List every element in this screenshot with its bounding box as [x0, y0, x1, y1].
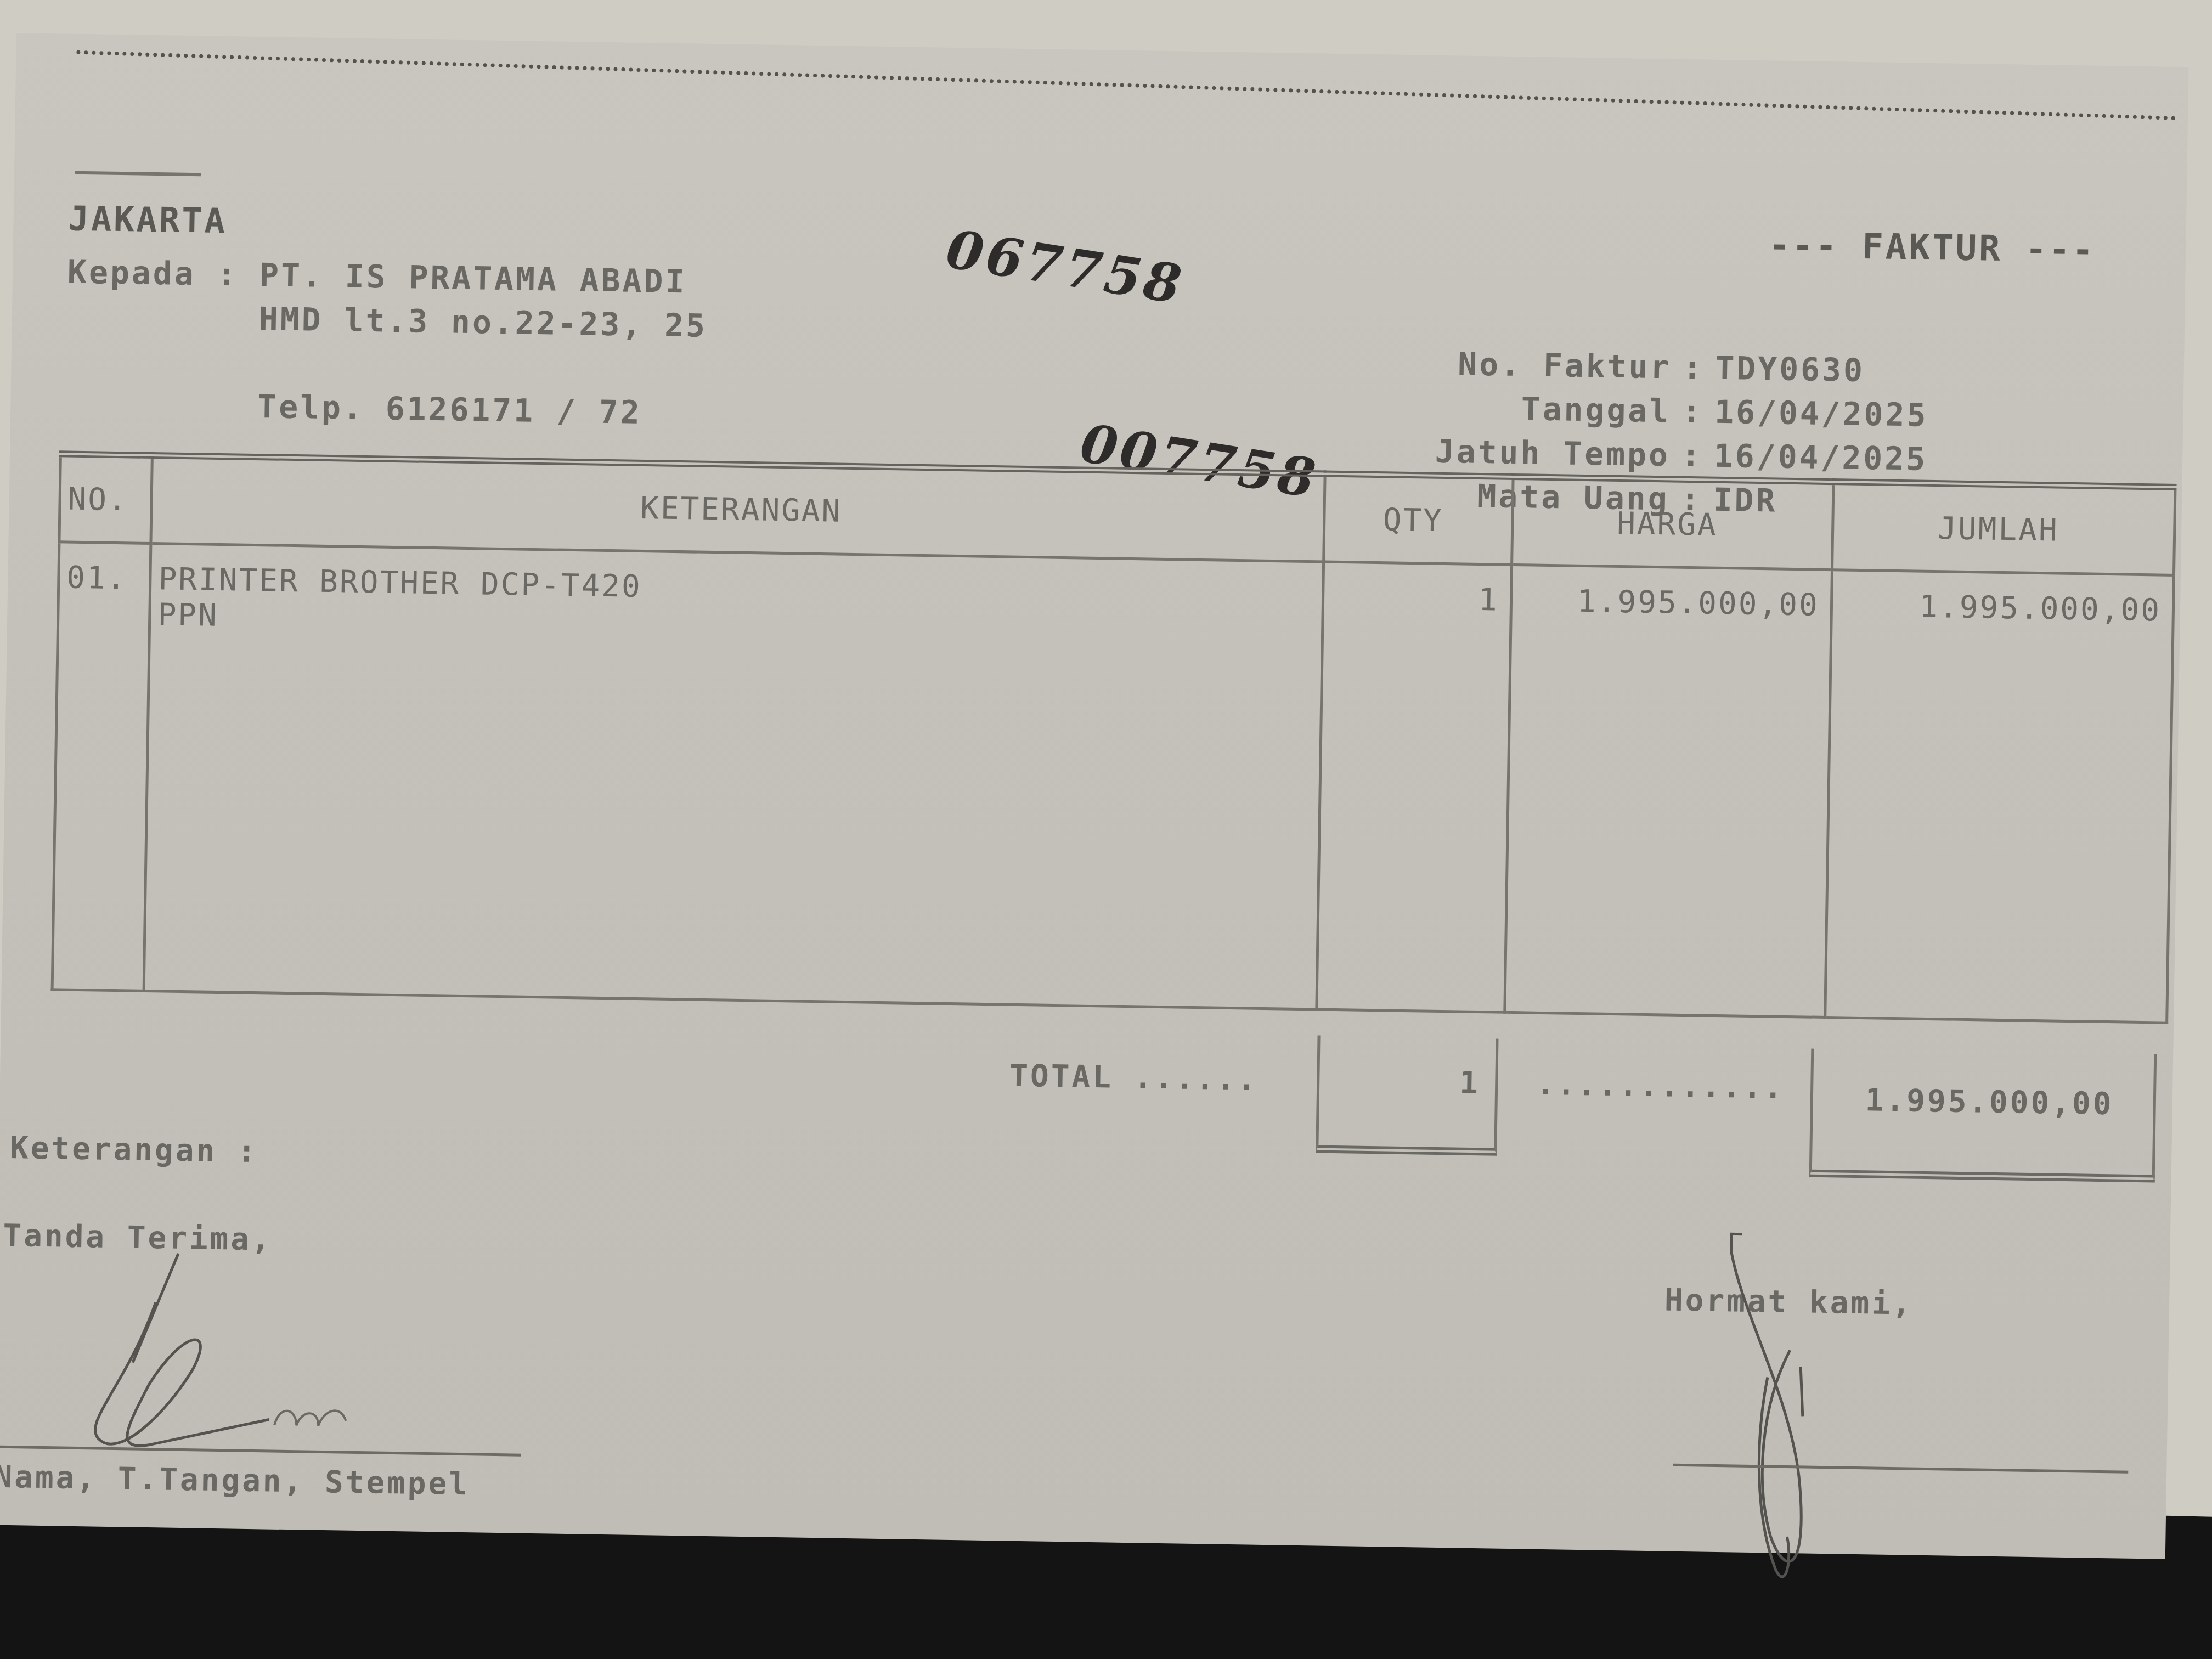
serial-stamp-top: 067758 [942, 218, 1188, 316]
header-no: NO. [59, 454, 153, 543]
notes-label: Keterangan : [10, 1130, 259, 1170]
header-qty: QTY [1324, 474, 1513, 565]
invoice-paper: JAKARTA Kepada : PT. IS PRATAMA ABADI HM… [0, 33, 2189, 1559]
recipient-label: Kepada : [67, 253, 239, 294]
city-label: JAKARTA [68, 199, 227, 241]
document-title: --- FAKTUR --- [1769, 225, 2096, 270]
total-qty: 1 [1459, 1065, 1481, 1102]
recipient-name: PT. IS PRATAMA ABADI [259, 256, 687, 300]
recipient-phone: Telp. 6126171 / 72 [257, 388, 642, 431]
total-label: TOTAL ...... [1009, 1058, 1259, 1098]
cell-jumlah: 1.995.000,00 [1825, 570, 2174, 1023]
receipt-caption: Nama, T.Tangan, Stempel [0, 1459, 470, 1503]
cell-keterangan: PRINTER BROTHER DCP-T420 PPN [144, 543, 1323, 1009]
cell-harga: 1.995.000,00 [1504, 565, 1832, 1017]
table-row: 01. PRINTER BROTHER DCP-T420 PPN 1 1.995… [52, 542, 2174, 1023]
header-jumlah: JUMLAH [1832, 482, 2175, 575]
total-dots: ............ [1536, 1066, 1785, 1106]
receiver-signature-icon [60, 1241, 393, 1476]
line-items-table: NO. KETERANGAN QTY HARGA JUMLAH 01. PRIN… [51, 450, 2177, 1024]
cell-qty: 1 [1317, 562, 1511, 1012]
cell-no: 01. [52, 542, 151, 991]
total-amount: 1.995.000,00 [1865, 1082, 2114, 1122]
recipient-address: HMD lt.3 no.22-23, 25 [258, 300, 707, 345]
header-rule [75, 171, 201, 177]
sender-signature-icon [1704, 1228, 1874, 1588]
header-harga: HARGA [1511, 477, 1833, 570]
